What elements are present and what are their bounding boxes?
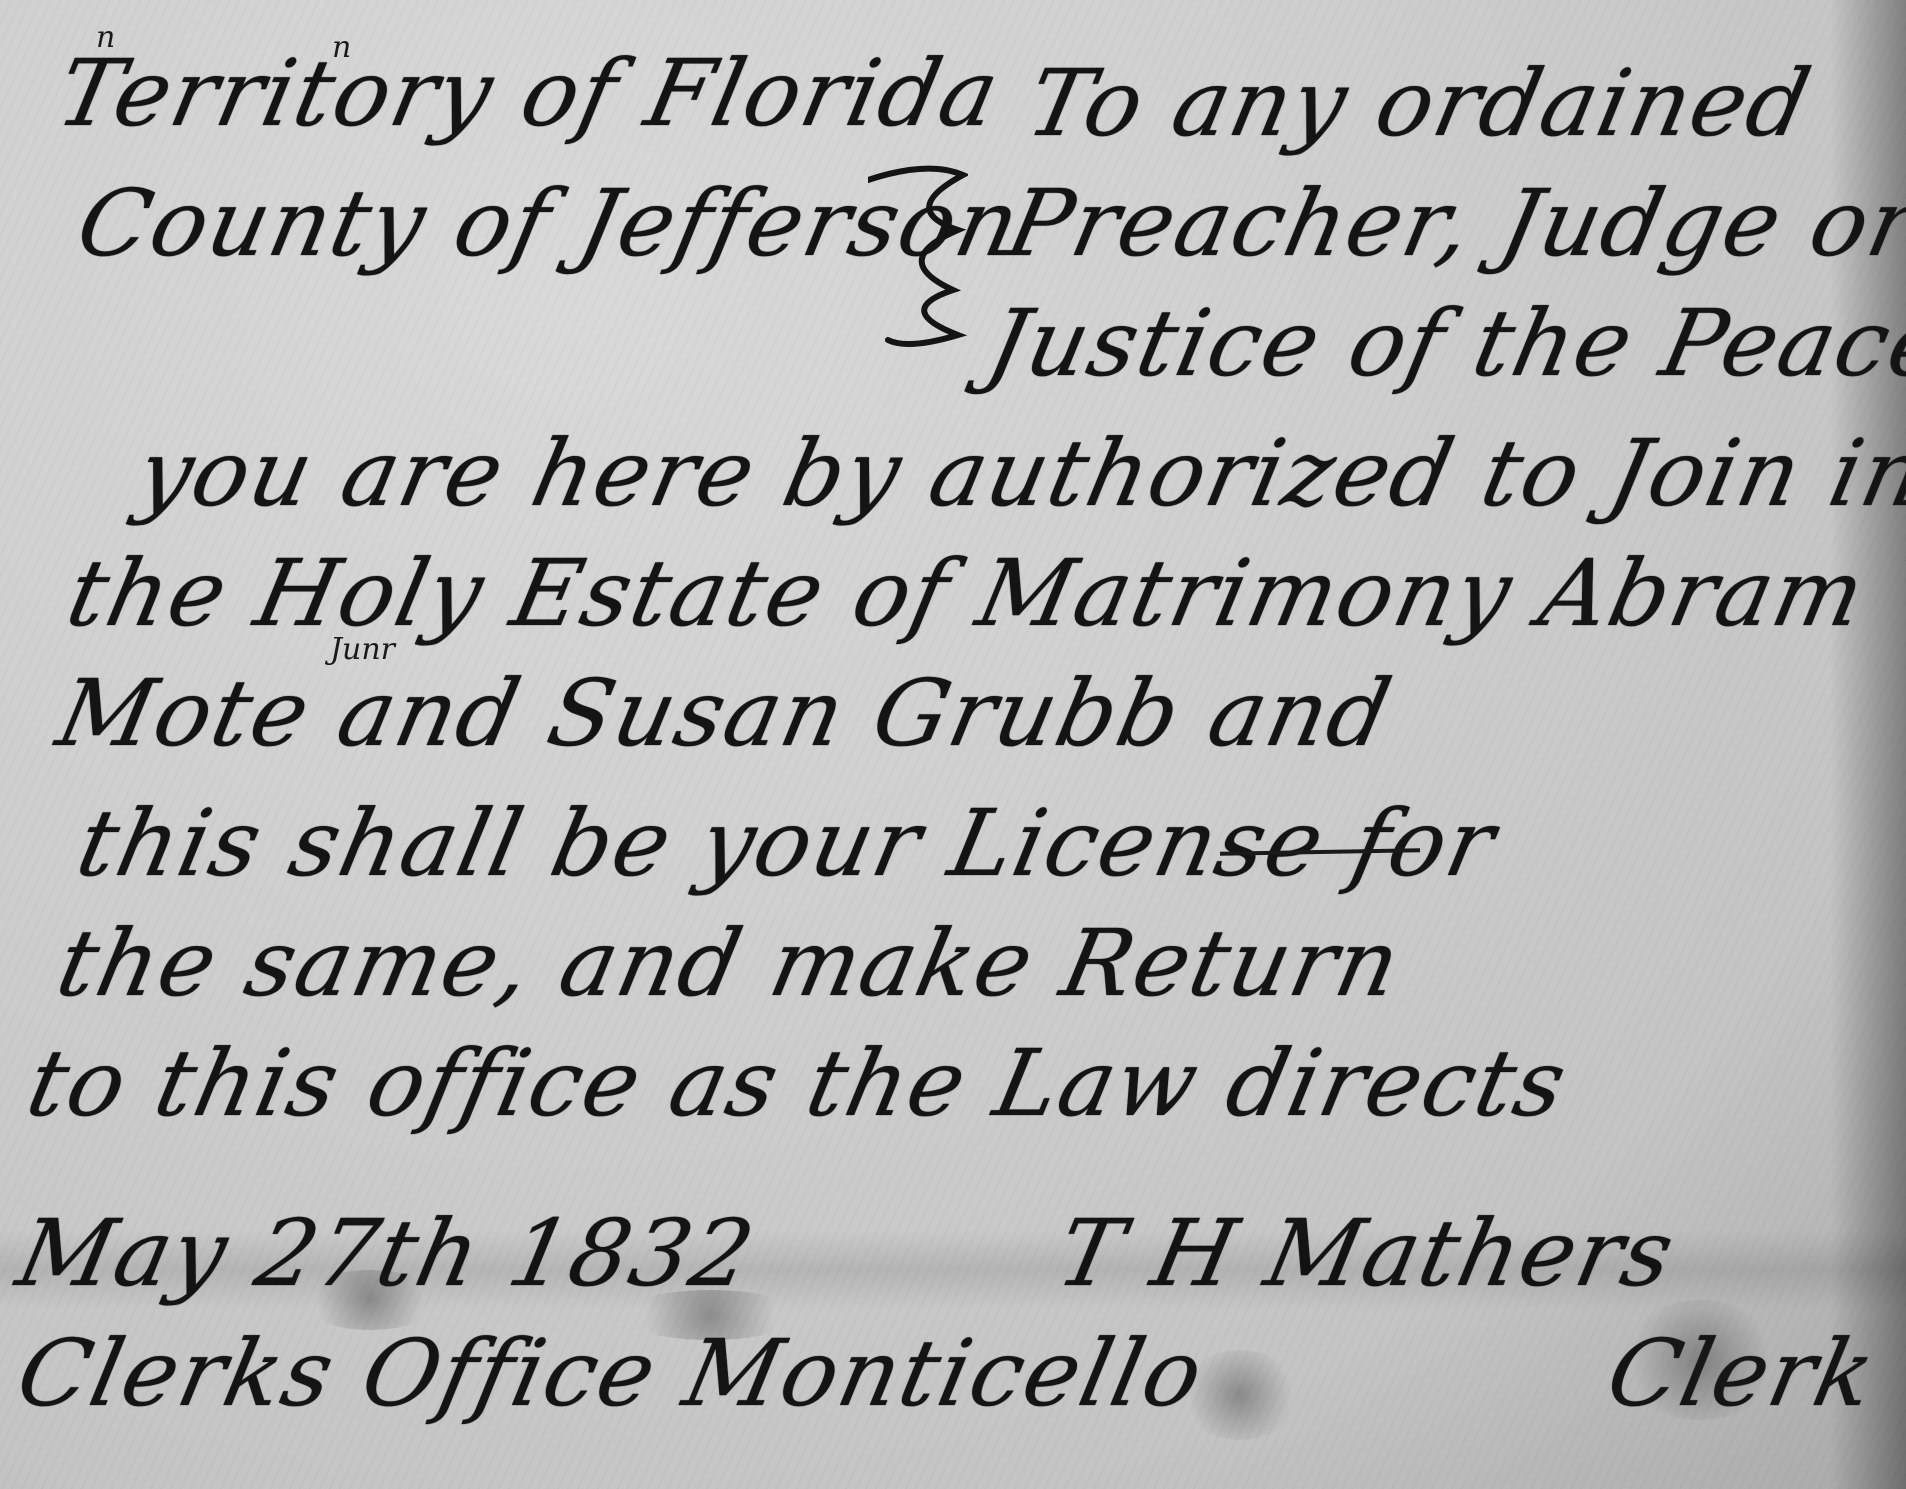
body-line: this shall be your License for: [69, 790, 1506, 897]
ink-smudge: [1180, 1350, 1300, 1440]
footer-office: Clerks Office Monticello: [9, 1320, 1214, 1427]
body-line: Mote and Susan Grubb and: [49, 660, 1402, 767]
body-line: the Holy Estate of Matrimony Abram: [59, 540, 1875, 647]
brace-icon: [868, 100, 968, 350]
heading-addressee-1: To any ordained: [1019, 50, 1821, 157]
body-line: to this office as the Law directs: [19, 1030, 1577, 1137]
heading-territory: Territory of Florida: [49, 40, 1010, 147]
body-line: the same, and make Return: [49, 910, 1411, 1017]
document-page: n n Territory of Florida County of Jeffe…: [0, 0, 1906, 1489]
signature: T H Mathers: [1049, 1200, 1685, 1307]
ink-smudge: [620, 1290, 800, 1340]
ink-smudge: [300, 1270, 440, 1330]
heading-addressee-2: Preacher, Judge or: [999, 170, 1906, 277]
heading-addressee-3: Justice of the Peace: [979, 290, 1906, 397]
body-line: you are here by authorized to Join in: [129, 420, 1906, 527]
ink-smudge: [1620, 1300, 1780, 1420]
